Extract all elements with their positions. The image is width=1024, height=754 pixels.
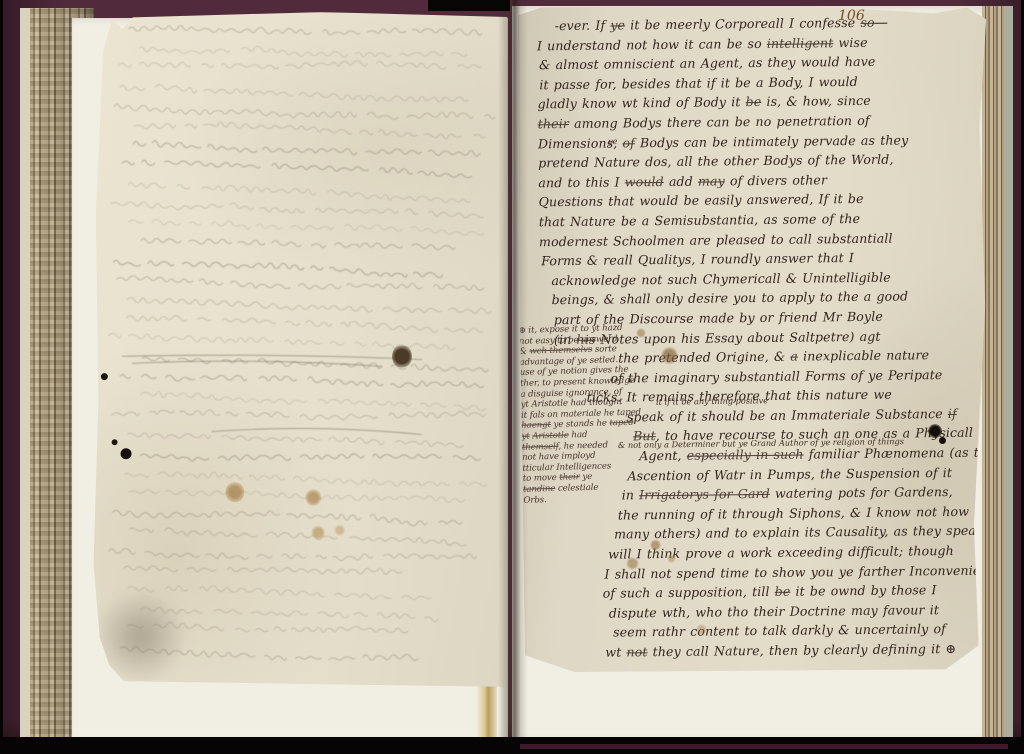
manuscript-text: Forms & reall Qualitys, I roundly answer…: [541, 250, 854, 268]
ink-dot: [121, 448, 132, 459]
manuscript-text: pretend Nature dos, all the other Bodys …: [538, 152, 894, 171]
manuscript-text: many others) and to explain its Causalit…: [614, 523, 988, 542]
stain: [334, 524, 345, 536]
bleed-through-line: [118, 60, 488, 70]
bleed-through-line: [112, 510, 469, 526]
manuscript-text: of such a supposition, till: [603, 584, 775, 601]
manuscript-text: I understand not how it can be so: [537, 36, 767, 53]
gutter-fold: [477, 686, 497, 740]
struck-word: of: [622, 135, 635, 150]
manuscript-text: they call Nature, then by clearly defini…: [647, 641, 956, 659]
manuscript-text: add: [664, 173, 698, 188]
ghost-writing: [91, 11, 508, 687]
manuscript-text: dispute wth, who tho their Doctrine may …: [609, 602, 939, 620]
margin-notes-block: ⊕ it, expose it to yt hazdnot easy to be…: [519, 322, 654, 506]
manuscript-text: ye stands he: [551, 419, 610, 431]
manuscript-text: had: [569, 430, 588, 441]
bleed-through-line: [111, 202, 484, 218]
manuscript-text: celestiale: [555, 483, 598, 494]
bleed-through-line: [127, 297, 498, 313]
struck-word: Aristotle: [532, 430, 569, 441]
manuscript-text: wise: [833, 34, 867, 49]
manuscript-text: familiar Phænomena (as the: [804, 445, 995, 462]
manuscript-text: modernest Schoolmen are pleased to call …: [539, 230, 893, 249]
bleed-through-line: [114, 104, 495, 120]
stain: [667, 554, 676, 563]
stain: [626, 557, 639, 570]
stain: [650, 539, 661, 551]
interlinear-insertion: it if it be any thing positive: [656, 395, 768, 407]
struck-word: if: [948, 406, 957, 421]
manuscript-text: watering pots for Gardens,: [770, 484, 953, 501]
bleed-through-line: [128, 489, 465, 502]
manuscript-text: Questions that would be easily answered,…: [538, 191, 863, 209]
struck-word: be: [775, 584, 791, 599]
struck-word: would: [625, 174, 664, 189]
manuscript-text: acknowledge not such Chymericall & Unint…: [551, 269, 890, 288]
bleed-through-line: [140, 392, 485, 411]
spine-top-gap: [428, 0, 510, 11]
bleed-through-line: [127, 433, 464, 448]
manuscript-text: it passe for, besides that if it be a Bo…: [539, 74, 858, 92]
struck-word: taped: [609, 418, 633, 429]
manuscript-text: is, & how, since: [761, 93, 871, 109]
struck-word: their: [559, 473, 580, 484]
struck-word: may: [698, 173, 725, 188]
bleed-through-line: [113, 260, 443, 277]
bleed-through-line: [120, 85, 468, 102]
bleed-through-line: [128, 585, 432, 599]
struck-word: be: [746, 94, 762, 109]
struck-word: wch themselvs: [529, 345, 592, 357]
bleed-through-line: [126, 315, 483, 332]
bleed-through-line: [109, 549, 477, 561]
manuscript-text: beings, & shall only desire you to apply…: [552, 289, 909, 308]
struck-word: not: [626, 644, 647, 659]
manuscript-text: the running of it through Siphons, & I k…: [618, 504, 969, 523]
manuscript-text: that Nature be a Semisubstantia, as some…: [539, 211, 861, 229]
struck-word: a: [790, 349, 798, 364]
ink-dot: [939, 437, 946, 444]
manuscript-text: it be meerly Corporeall I confesse: [625, 15, 861, 32]
stain: [661, 346, 678, 365]
bleed-through-line: [120, 374, 484, 387]
manuscript-text: and to this I: [538, 174, 625, 190]
manuscript-text: Ascention of Watr in Pumps, the Suspensi…: [627, 465, 952, 483]
ink-dot: [112, 439, 118, 445]
right-endpaper-strip: [1004, 6, 1013, 742]
bleed-through-line: [112, 410, 486, 421]
struck-word: intelligent: [767, 35, 834, 51]
bleed-through-line: [134, 122, 486, 139]
manuscript-text: gladly know wt kind of Body it: [537, 95, 745, 112]
ink-blot: [928, 424, 942, 438]
photo-background: 106 -ever. If ye it be meerly Corporeall…: [0, 0, 1024, 754]
bleed-through-line: [141, 238, 455, 249]
manuscript-text: -ever. If: [555, 18, 611, 34]
manuscript-text: , he needed: [558, 440, 608, 451]
manuscript-text: inexplicable nature: [798, 347, 929, 363]
manuscript-text: I shall not spend time to show you ye fa…: [604, 562, 1009, 581]
struck-word: especially in such: [687, 447, 804, 463]
ink-dot: [101, 373, 108, 380]
bleed-through-line: [128, 25, 482, 35]
struck-word: ye: [610, 17, 625, 32]
stain: [305, 489, 321, 506]
manuscript-text: & almost omniscient an Agent, as they wo…: [539, 54, 875, 73]
bleed-through-line: [129, 528, 466, 546]
manuscript-text: of the imaginary substantiall Forms of y…: [610, 367, 942, 385]
bleed-through-line: [140, 453, 480, 462]
bleed-through-line: [128, 219, 484, 235]
struck-word: Irrigatorys for Gard: [639, 486, 770, 502]
manuscript-text: ye: [580, 472, 593, 482]
manuscript-text: wt: [605, 644, 626, 659]
ink-blot: [392, 344, 412, 368]
manuscript-line: wt not they call Nature, then by clearly…: [543, 639, 983, 663]
manuscript-text: seem rathr content to talk darkly & unce…: [613, 621, 946, 639]
bleed-through-line: [128, 182, 470, 202]
struck-word: their: [538, 116, 569, 131]
bleed-through-line: [116, 276, 484, 290]
manuscript-text: among Bodys there can be no penetration …: [569, 113, 870, 131]
stain: [225, 482, 244, 503]
stain: [311, 525, 325, 540]
stain: [636, 328, 646, 338]
manuscript-text: to move: [523, 473, 560, 484]
bleed-through-line: [142, 357, 489, 372]
stain: [696, 624, 707, 635]
bleed-through-line: [133, 140, 480, 156]
left-manuscript-page: [91, 11, 508, 687]
struck-word: so—: [860, 15, 887, 30]
bottom-cover-sliver: [520, 744, 1008, 749]
manuscript-text: sorte: [592, 344, 617, 355]
bleed-through-line: [124, 566, 403, 574]
pencil-stroke: [212, 428, 422, 434]
manuscript-text: of divers other: [725, 172, 827, 188]
bleed-through-line: [124, 472, 487, 487]
manuscript-text: it be ownd by those I: [790, 582, 936, 599]
right-manuscript-page: 106 -ever. If ye it be meerly Corporeall…: [518, 6, 988, 672]
manuscript-text: Bodys can be intimately pervade as they: [635, 132, 909, 150]
gutter-shadow: [498, 0, 528, 744]
bleed-through-line: [122, 160, 478, 178]
bleed-through-line: [140, 607, 448, 622]
bleed-through-line: [139, 46, 467, 58]
manuscript-text: speak of it should be an Immateriale Sub…: [627, 406, 948, 424]
interlinear-insertion: ye: [608, 136, 618, 146]
pencil-stroke: [122, 355, 422, 360]
